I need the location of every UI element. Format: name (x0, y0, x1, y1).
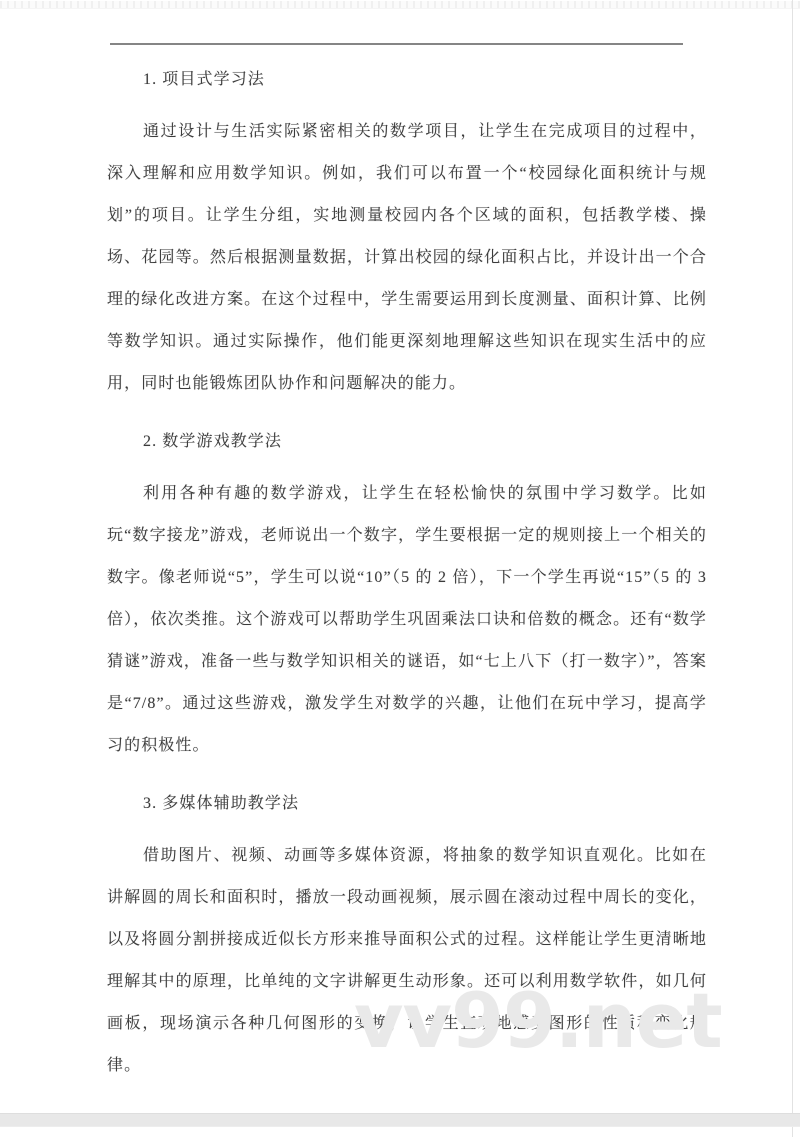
section-2-heading: 2. 数学游戏教学法 (107, 421, 707, 463)
page-right-edge (792, 0, 793, 1137)
section-3-heading: 3. 多媒体辅助教学法 (107, 783, 707, 825)
site-watermark: vv99.net (354, 983, 722, 1059)
section-1-heading: 1. 项目式学习法 (107, 59, 707, 101)
section-1: 1. 项目式学习法 通过设计与生活实际紧密相关的数学项目，让学生在完成项目的过程… (107, 59, 707, 405)
section-2: 2. 数学游戏教学法 利用各种有趣的数学游戏，让学生在轻松愉快的氛围中学习数学。… (107, 421, 707, 767)
page-break-gap (0, 1113, 800, 1127)
section-2-paragraph: 利用各种有趣的数学游戏，让学生在轻松愉快的氛围中学习数学。比如玩“数字接龙”游戏… (107, 473, 707, 767)
section-1-paragraph: 通过设计与生活实际紧密相关的数学项目，让学生在完成项目的过程中，深入理解和应用数… (107, 111, 707, 405)
page-top-edge-texture (0, 1, 800, 9)
document-body: 1. 项目式学习法 通过设计与生活实际紧密相关的数学项目，让学生在完成项目的过程… (107, 43, 707, 1087)
